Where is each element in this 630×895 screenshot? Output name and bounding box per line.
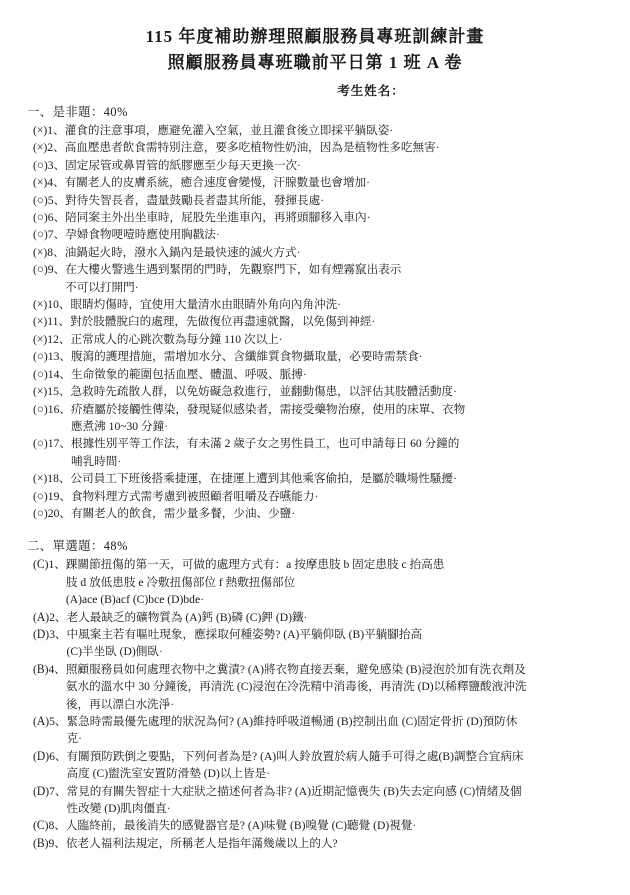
question-text-line: 性改變 (D)肌肉僵直· [67, 800, 630, 817]
true-false-question-row: (×)2、高血壓患者飲食需特別注意，要多吃植物性奶油，因為是植物性多吃無害· [33, 139, 630, 156]
question-text-line: 急救時先疏散人群，以免妨礙急救進行，並翻動傷患，以評估其肢體活動度· [71, 383, 630, 400]
question-text: 疥瘡屬於接觸性傳染，發現疑似感染者，需接受藥物治療，使用的床單、衣物應煮沸 10… [71, 401, 630, 436]
true-false-question-row: (×)11、對於肢體脫臼的處理，先做復位再盡速就醫，以免傷到神經· [33, 313, 630, 330]
choice-answer-letter: (B)4、 [33, 661, 66, 678]
document-title-line1: 115 年度補助辦理照顧服務員專班訓練計畫 [0, 0, 630, 50]
question-text-line: 應煮沸 10~30 分鐘· [71, 418, 630, 435]
choice-answer-letter: (D)3、 [33, 626, 67, 643]
truefalse-answer-mark: (○)7、 [33, 226, 65, 243]
question-text: 灌食的注意事項，應避免灌入空氣，並且灌食後立即採平躺臥姿· [65, 122, 630, 139]
truefalse-answer-mark: (×)2、 [33, 139, 65, 156]
truefalse-answer-mark: (×)11、 [33, 313, 70, 330]
question-text-line: 不可以打開門· [65, 279, 630, 296]
truefalse-answer-mark: (×)12、 [33, 331, 71, 348]
true-false-question-row: (○)5、對待失智長者，盡量鼓勵長者盡其所能，發揮長處· [33, 192, 630, 209]
multiple-choice-question-row: (D)6、有關預防跌倒之要點，下列何者為是? (A)叫人鈴放置於病人隨手可得之處… [33, 748, 630, 783]
question-text-line: 食物料理方式需考慮到被照顧者咀嚼及吞嚥能力· [71, 488, 630, 505]
question-text-line: 根據性別平等工作法，有未滿 2 歲子女之男性員工，也可申請每日 60 分鐘的 [71, 435, 630, 452]
question-text: 固定尿管或鼻胃管的紙膠應至少每天更換一次· [65, 157, 630, 174]
question-text: 在大樓火警逃生遇到緊閉的門時，先觀察門下，如有煙霧竄出表示不可以打開門· [65, 261, 630, 296]
question-text-line: 有關老人的飲食，需少量多餐，少油、少鹽· [71, 505, 630, 522]
section2-heading: 二、單選題：48% [27, 536, 630, 554]
multiple-choice-question-row: (B)9、依老人福利法規定，所稱老人是指年滿幾歲以上的人? [33, 835, 630, 852]
true-false-question-row: (○)14、生命徵象的範圍包括血壓、體溫、呼吸、脈搏· [33, 366, 630, 383]
question-text-line: 有關老人的皮膚系統，癒合速度會變慢，汗腺數量也會增加· [65, 174, 630, 191]
truefalse-answer-mark: (○)14、 [33, 366, 71, 383]
choice-answer-letter: (A)5、 [33, 713, 67, 730]
truefalse-answer-mark: (○)19、 [33, 488, 71, 505]
true-false-question-row: (○)6、陪同案主外出坐車時，屁股先坐進車內，再將頭腳移入車內· [33, 209, 630, 226]
question-text: 對待失智長者，盡量鼓勵長者盡其所能，發揮長處· [65, 192, 630, 209]
true-false-question-row: (×)15、急救時先疏散人群，以免妨礙急救進行，並翻動傷患，以評估其肢體活動度· [33, 383, 630, 400]
multiple-choice-question-list: (C)1、踝關節扭傷的第一天，可做的處理方式有：a 按摩患肢 b 固定患肢 c … [33, 556, 630, 852]
question-text: 油鍋起火時，潑水入鍋內是最快速的滅火方式· [65, 244, 630, 261]
question-text-line: 哺乳時間· [71, 453, 630, 470]
multiple-choice-question-row: (D)3、中風案主若有嘔吐現象，應採取何種姿勢? (A)平躺仰臥 (B)平躺腳抬… [33, 626, 630, 661]
question-text-line: 有關預防跌倒之要點，下列何者為是? (A)叫人鈴放置於病人隨手可得之處(B)調整… [67, 748, 630, 765]
true-false-question-row: (○)13、腹瀉的護理措施，需增加水分、含纖維質食物攝取量，必要時需禁食· [33, 348, 630, 365]
question-text-line: 緊急時需最優先處理的狀況為何? (A)維持呼吸道暢通 (B)控制出血 (C)固定… [67, 713, 630, 730]
question-text: 人臨終前，最後消失的感覺器官是? (A)味覺 (B)嗅覺 (C)聽覺 (D)視覺… [66, 817, 630, 834]
question-text: 公司員工下班後搭乘捷運，在捷運上遭到其他乘客偷拍，是屬於職場性騷擾· [71, 470, 630, 487]
question-text: 常見的有關失智症十大症狀之描述何者為非? (A)近期記憶喪失 (B)失去定向感 … [67, 783, 630, 818]
question-text: 急救時先疏散人群，以免妨礙急救進行，並翻動傷患，以評估其肢體活動度· [71, 383, 630, 400]
choice-answer-letter: (C)1、 [33, 556, 66, 573]
truefalse-answer-mark: (×)15、 [33, 383, 71, 400]
true-false-question-row: (×)8、油鍋起火時，潑水入鍋內是最快速的滅火方式· [33, 244, 630, 261]
question-text-line: 對於肢體脫臼的處理，先做復位再盡速就醫，以免傷到神經· [70, 313, 630, 330]
true-false-question-list: (×)1、灌食的注意事項，應避免灌入空氣，並且灌食後立即採平躺臥姿·(×)2、高… [33, 122, 630, 522]
question-text-line: 固定尿管或鼻胃管的紙膠應至少每天更換一次· [65, 157, 630, 174]
question-text-line: 後，再以漂白水洗淨· [66, 696, 630, 713]
multiple-choice-question-row: (D)7、常見的有關失智症十大症狀之描述何者為非? (A)近期記憶喪失 (B)失… [33, 783, 630, 818]
question-text-line: 氨水的溫水中 30 分鐘後，再清洗 (C)浸泡在冷洗精中消毒後，再清洗 (D)以… [66, 678, 630, 695]
true-false-question-row: (○)3、固定尿管或鼻胃管的紙膠應至少每天更換一次· [33, 157, 630, 174]
question-text-line: 生命徵象的範圍包括血壓、體溫、呼吸、脈搏· [71, 366, 630, 383]
question-text-line: 孕婦食物哽噎時應使用胸戳法· [65, 226, 630, 243]
question-text: 中風案主若有嘔吐現象，應採取何種姿勢? (A)平躺仰臥 (B)平躺腳抬高(C)半… [67, 626, 630, 661]
question-text: 陪同案主外出坐車時，屁股先坐進車內，再將頭腳移入車內· [65, 209, 630, 226]
truefalse-answer-mark: (×)18、 [33, 470, 71, 487]
candidate-name-label: 考生姓名： [56, 81, 630, 99]
question-text-line: 中風案主若有嘔吐現象，應採取何種姿勢? (A)平躺仰臥 (B)平躺腳抬高 [67, 626, 630, 643]
question-text: 緊急時需最優先處理的狀況為何? (A)維持呼吸道暢通 (B)控制出血 (C)固定… [67, 713, 630, 748]
true-false-question-row: (×)12、正常成人的心跳次數為每分鐘 110 次以上· [33, 331, 630, 348]
question-text-line: 陪同案主外出坐車時，屁股先坐進車內，再將頭腳移入車內· [65, 209, 630, 226]
question-text: 有關老人的飲食，需少量多餐，少油、少鹽· [71, 505, 630, 522]
choice-answer-letter: (D)6、 [33, 748, 67, 765]
question-text-line: 照顧服務員如何處理衣物中之糞漬? (A)將衣物直接丟棄，避免感染 (B)浸泡於加… [66, 661, 630, 678]
choice-answer-letter: (A)2、 [33, 609, 67, 626]
multiple-choice-question-row: (C)1、踝關節扭傷的第一天，可做的處理方式有：a 按摩患肢 b 固定患肢 c … [33, 556, 630, 608]
question-text-line: 高度 (C)盥洗室安置防滑墊 (D)以上皆是· [67, 765, 630, 782]
question-text-line: 正常成人的心跳次數為每分鐘 110 次以上· [71, 331, 630, 348]
true-false-question-row: (×)18、公司員工下班後搭乘捷運，在捷運上遭到其他乘客偷拍，是屬於職場性騷擾· [33, 470, 630, 487]
question-text: 有關預防跌倒之要點，下列何者為是? (A)叫人鈴放置於病人隨手可得之處(B)調整… [67, 748, 630, 783]
question-text: 對於肢體脫臼的處理，先做復位再盡速就醫，以免傷到神經· [70, 313, 630, 330]
choice-answer-letter: (D)7、 [33, 783, 67, 800]
question-text-line: 老人最缺乏的礦物質為 (A)鈣 (B)磷 (C)鉀 (D)鐵· [67, 609, 630, 626]
question-text-line: 高血壓患者飲食需特別注意，要多吃植物性奶油，因為是植物性多吃無害· [65, 139, 630, 156]
question-text: 老人最缺乏的礦物質為 (A)鈣 (B)磷 (C)鉀 (D)鐵· [67, 609, 630, 626]
multiple-choice-question-row: (C)8、人臨終前，最後消失的感覺器官是? (A)味覺 (B)嗅覺 (C)聽覺 … [33, 817, 630, 834]
true-false-question-row: (○)16、疥瘡屬於接觸性傳染，發現疑似感染者，需接受藥物治療，使用的床單、衣物… [33, 401, 630, 436]
question-text: 孕婦食物哽噎時應使用胸戳法· [65, 226, 630, 243]
question-text: 高血壓患者飲食需特別注意，要多吃植物性奶油，因為是植物性多吃無害· [65, 139, 630, 156]
question-text-line: 肢 d 放低患肢 e 冷敷扭傷部位 f 熱敷扭傷部位 [66, 574, 630, 591]
true-false-question-row: (○)19、食物料理方式需考慮到被照顧者咀嚼及吞嚥能力· [33, 488, 630, 505]
question-text-line: 對待失智長者，盡量鼓勵長者盡其所能，發揮長處· [65, 192, 630, 209]
question-text-line: 灌食的注意事項，應避免灌入空氣，並且灌食後立即採平躺臥姿· [65, 122, 630, 139]
truefalse-answer-mark: (○)5、 [33, 192, 65, 209]
question-text: 有關老人的皮膚系統，癒合速度會變慢，汗腺數量也會增加· [65, 174, 630, 191]
question-text: 依老人福利法規定，所稱老人是指年滿幾歲以上的人? [66, 835, 630, 852]
truefalse-answer-mark: (×)10、 [33, 296, 71, 313]
question-text: 照顧服務員如何處理衣物中之糞漬? (A)將衣物直接丟棄，避免感染 (B)浸泡於加… [66, 661, 630, 713]
choice-answer-letter: (B)9、 [33, 835, 66, 852]
truefalse-answer-mark: (○)20、 [33, 505, 71, 522]
question-text: 正常成人的心跳次數為每分鐘 110 次以上· [71, 331, 630, 348]
truefalse-answer-mark: (○)6、 [33, 209, 65, 226]
question-text: 腹瀉的護理措施，需增加水分、含纖維質食物攝取量，必要時需禁食· [71, 348, 630, 365]
question-text-line: 依老人福利法規定，所稱老人是指年滿幾歲以上的人? [66, 835, 630, 852]
question-text-line: 在大樓火警逃生遇到緊閉的門時，先觀察門下，如有煙霧竄出表示 [65, 261, 630, 278]
question-text-line: 克· [67, 730, 630, 747]
question-text: 眼睛灼傷時，宜使用大量清水由眼睛外角向內角沖洗· [71, 296, 630, 313]
truefalse-answer-mark: (×)4、 [33, 174, 65, 191]
question-text-line: (A)ace (B)acf (C)bce (D)bde· [66, 591, 630, 608]
question-text: 踝關節扭傷的第一天，可做的處理方式有：a 按摩患肢 b 固定患肢 c 抬高患肢 … [66, 556, 630, 608]
question-text-line: (C)半坐臥 (D)側臥· [67, 643, 630, 660]
true-false-question-row: (×)1、灌食的注意事項，應避免灌入空氣，並且灌食後立即採平躺臥姿· [33, 122, 630, 139]
question-text-line: 常見的有關失智症十大症狀之描述何者為非? (A)近期記憶喪失 (B)失去定向感 … [67, 783, 630, 800]
exam-document-page: 115 年度補助辦理照顧服務員專班訓練計畫 照顧服務員專班職前平日第 1 班 A… [0, 0, 630, 895]
true-false-question-row: (○)9、在大樓火警逃生遇到緊閉的門時，先觀察門下，如有煙霧竄出表示不可以打開門… [33, 261, 630, 296]
multiple-choice-question-row: (B)4、照顧服務員如何處理衣物中之糞漬? (A)將衣物直接丟棄，避免感染 (B… [33, 661, 630, 713]
true-false-question-row: (○)17、根據性別平等工作法，有未滿 2 歲子女之男性員工，也可申請每日 60… [33, 435, 630, 470]
question-text: 生命徵象的範圍包括血壓、體溫、呼吸、脈搏· [71, 366, 630, 383]
document-title-line2: 照顧服務員專班職前平日第 1 班 A 卷 [0, 50, 630, 76]
question-text-line: 人臨終前，最後消失的感覺器官是? (A)味覺 (B)嗅覺 (C)聽覺 (D)視覺… [66, 817, 630, 834]
question-text-line: 腹瀉的護理措施，需增加水分、含纖維質食物攝取量，必要時需禁食· [71, 348, 630, 365]
truefalse-answer-mark: (○)9、 [33, 261, 65, 278]
question-text-line: 眼睛灼傷時，宜使用大量清水由眼睛外角向內角沖洗· [71, 296, 630, 313]
true-false-question-row: (×)4、有關老人的皮膚系統，癒合速度會變慢，汗腺數量也會增加· [33, 174, 630, 191]
true-false-question-row: (○)20、有關老人的飲食，需少量多餐，少油、少鹽· [33, 505, 630, 522]
truefalse-answer-mark: (○)13、 [33, 348, 71, 365]
truefalse-answer-mark: (○)3、 [33, 157, 65, 174]
truefalse-answer-mark: (○)16、 [33, 401, 71, 418]
true-false-question-row: (×)10、眼睛灼傷時，宜使用大量清水由眼睛外角向內角沖洗· [33, 296, 630, 313]
section1-heading: 一、是非題：40% [27, 102, 630, 120]
truefalse-answer-mark: (×)1、 [33, 122, 65, 139]
question-text-line: 踝關節扭傷的第一天，可做的處理方式有：a 按摩患肢 b 固定患肢 c 抬高患 [66, 556, 630, 573]
choice-answer-letter: (C)8、 [33, 817, 66, 834]
question-text-line: 疥瘡屬於接觸性傳染，發現疑似感染者，需接受藥物治療，使用的床單、衣物 [71, 401, 630, 418]
multiple-choice-question-row: (A)2、老人最缺乏的礦物質為 (A)鈣 (B)磷 (C)鉀 (D)鐵· [33, 609, 630, 626]
truefalse-answer-mark: (×)8、 [33, 244, 65, 261]
question-text: 食物料理方式需考慮到被照顧者咀嚼及吞嚥能力· [71, 488, 630, 505]
question-text-line: 公司員工下班後搭乘捷運，在捷運上遭到其他乘客偷拍，是屬於職場性騷擾· [71, 470, 630, 487]
multiple-choice-question-row: (A)5、緊急時需最優先處理的狀況為何? (A)維持呼吸道暢通 (B)控制出血 … [33, 713, 630, 748]
question-text: 根據性別平等工作法，有未滿 2 歲子女之男性員工，也可申請每日 60 分鐘的哺乳… [71, 435, 630, 470]
question-text-line: 油鍋起火時，潑水入鍋內是最快速的滅火方式· [65, 244, 630, 261]
truefalse-answer-mark: (○)17、 [33, 435, 71, 452]
true-false-question-row: (○)7、孕婦食物哽噎時應使用胸戳法· [33, 226, 630, 243]
